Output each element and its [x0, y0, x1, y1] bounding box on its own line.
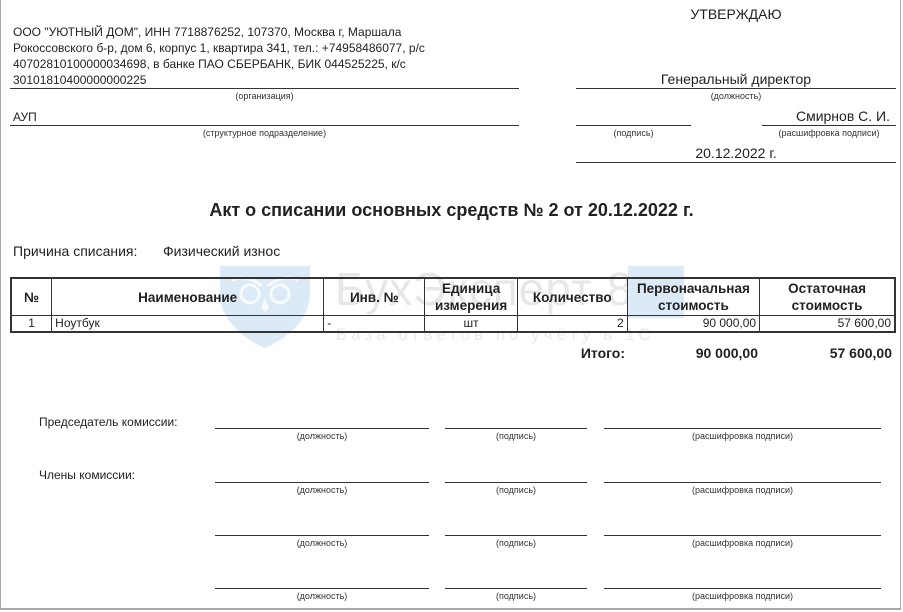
col-quantity: Количество — [517, 278, 627, 316]
approver-name: Смирнов С. И. — [762, 108, 890, 124]
cell-quantity: 2 — [517, 316, 627, 333]
cell-residual-cost: 57 600,00 — [760, 316, 895, 333]
approver-position-line — [576, 88, 896, 89]
approver-position: Генеральный директор — [576, 71, 896, 87]
commission-signature-caption: (подпись) — [445, 485, 587, 495]
commission-signature-line[interactable] — [445, 428, 587, 429]
organization-line — [10, 88, 519, 89]
col-initial-cost: Первоначальная стоимость — [627, 278, 759, 316]
commission-signature-line[interactable] — [445, 588, 587, 589]
department-value: АУП — [13, 110, 37, 124]
cell-number: 1 — [11, 316, 52, 333]
commission-position-line[interactable] — [215, 588, 429, 589]
commission-decode-line[interactable] — [604, 535, 881, 536]
col-inventory: Инв. № — [324, 278, 425, 316]
members-label: Члены комиссии: — [39, 468, 135, 482]
table-row: 1 Ноутбук - шт 2 90 000,00 57 600,00 — [11, 316, 895, 333]
department-caption: (структурное подразделение) — [10, 128, 519, 138]
commission-position-caption: (должность) — [215, 538, 429, 548]
commission-decode-caption: (расшифровка подписи) — [604, 591, 881, 601]
approver-name-caption: (расшифровка подписи) — [762, 128, 896, 138]
approver-name-line — [762, 125, 896, 126]
totals-label: Итого: — [560, 345, 625, 361]
commission-decode-line[interactable] — [604, 428, 881, 429]
col-unit-line1: Единица — [442, 281, 500, 296]
totals-initial-cost: 90 000,00 — [630, 345, 758, 361]
commission-position-caption: (должность) — [215, 485, 429, 495]
commission-decode-line[interactable] — [604, 482, 881, 483]
document-title: Акт о списании основных средств № 2 от 2… — [0, 200, 903, 221]
commission-position-caption: (должность) — [215, 431, 429, 441]
commission-decode-caption: (расшифровка подписи) — [604, 538, 881, 548]
table-header-row: № Наименование Инв. № Единица измерения … — [11, 278, 895, 316]
totals-residual-cost: 57 600,00 — [762, 345, 892, 361]
commission-signature-caption: (подпись) — [445, 431, 587, 441]
department-line — [10, 125, 519, 126]
col-unit-line2: измерения — [435, 298, 507, 313]
col-initial-line2: стоимость — [658, 298, 729, 313]
approval-date-line — [576, 162, 896, 163]
assets-table: № Наименование Инв. № Единица измерения … — [10, 277, 896, 333]
commission-signature-caption: (подпись) — [445, 538, 587, 548]
commission-decode-caption: (расшифровка подписи) — [604, 431, 881, 441]
chair-label: Председатель комиссии: — [39, 415, 178, 429]
col-residual-cost: Остаточная стоимость — [760, 278, 895, 316]
organization-caption: (организация) — [10, 91, 519, 101]
commission-position-line[interactable] — [215, 428, 429, 429]
reason-label: Причина списания: — [13, 243, 137, 259]
cell-unit: шт — [425, 316, 517, 333]
commission-decode-line[interactable] — [604, 588, 881, 589]
col-residual-line1: Остаточная — [788, 281, 866, 296]
commission-signature-line[interactable] — [445, 482, 587, 483]
col-unit: Единица измерения — [425, 278, 517, 316]
organization-text: ООО "УЮТНЫЙ ДОМ", ИНН 7718876252, 107370… — [13, 24, 483, 88]
col-number: № — [11, 278, 52, 316]
commission-position-caption: (должность) — [215, 591, 429, 601]
approver-signature-caption: (подпись) — [576, 128, 691, 138]
col-name: Наименование — [52, 278, 324, 316]
commission-decode-caption: (расшифровка подписи) — [604, 485, 881, 495]
reason-value: Физический износ — [163, 243, 280, 259]
cell-name: Ноутбук — [52, 316, 324, 333]
cell-initial-cost: 90 000,00 — [627, 316, 759, 333]
commission-signature-line[interactable] — [445, 535, 587, 536]
commission-position-line[interactable] — [215, 482, 429, 483]
commission-position-line[interactable] — [215, 535, 429, 536]
approve-title: УТВЕРЖДАЮ — [576, 6, 896, 22]
approver-position-caption: (должность) — [576, 91, 896, 101]
approval-date: 20.12.2022 г. — [576, 145, 896, 161]
cell-inventory: - — [324, 316, 425, 333]
approver-signature-line[interactable] — [576, 125, 691, 126]
col-residual-line2: стоимость — [792, 298, 863, 313]
col-initial-line1: Первоначальная — [637, 281, 750, 296]
commission-signature-caption: (подпись) — [445, 591, 587, 601]
